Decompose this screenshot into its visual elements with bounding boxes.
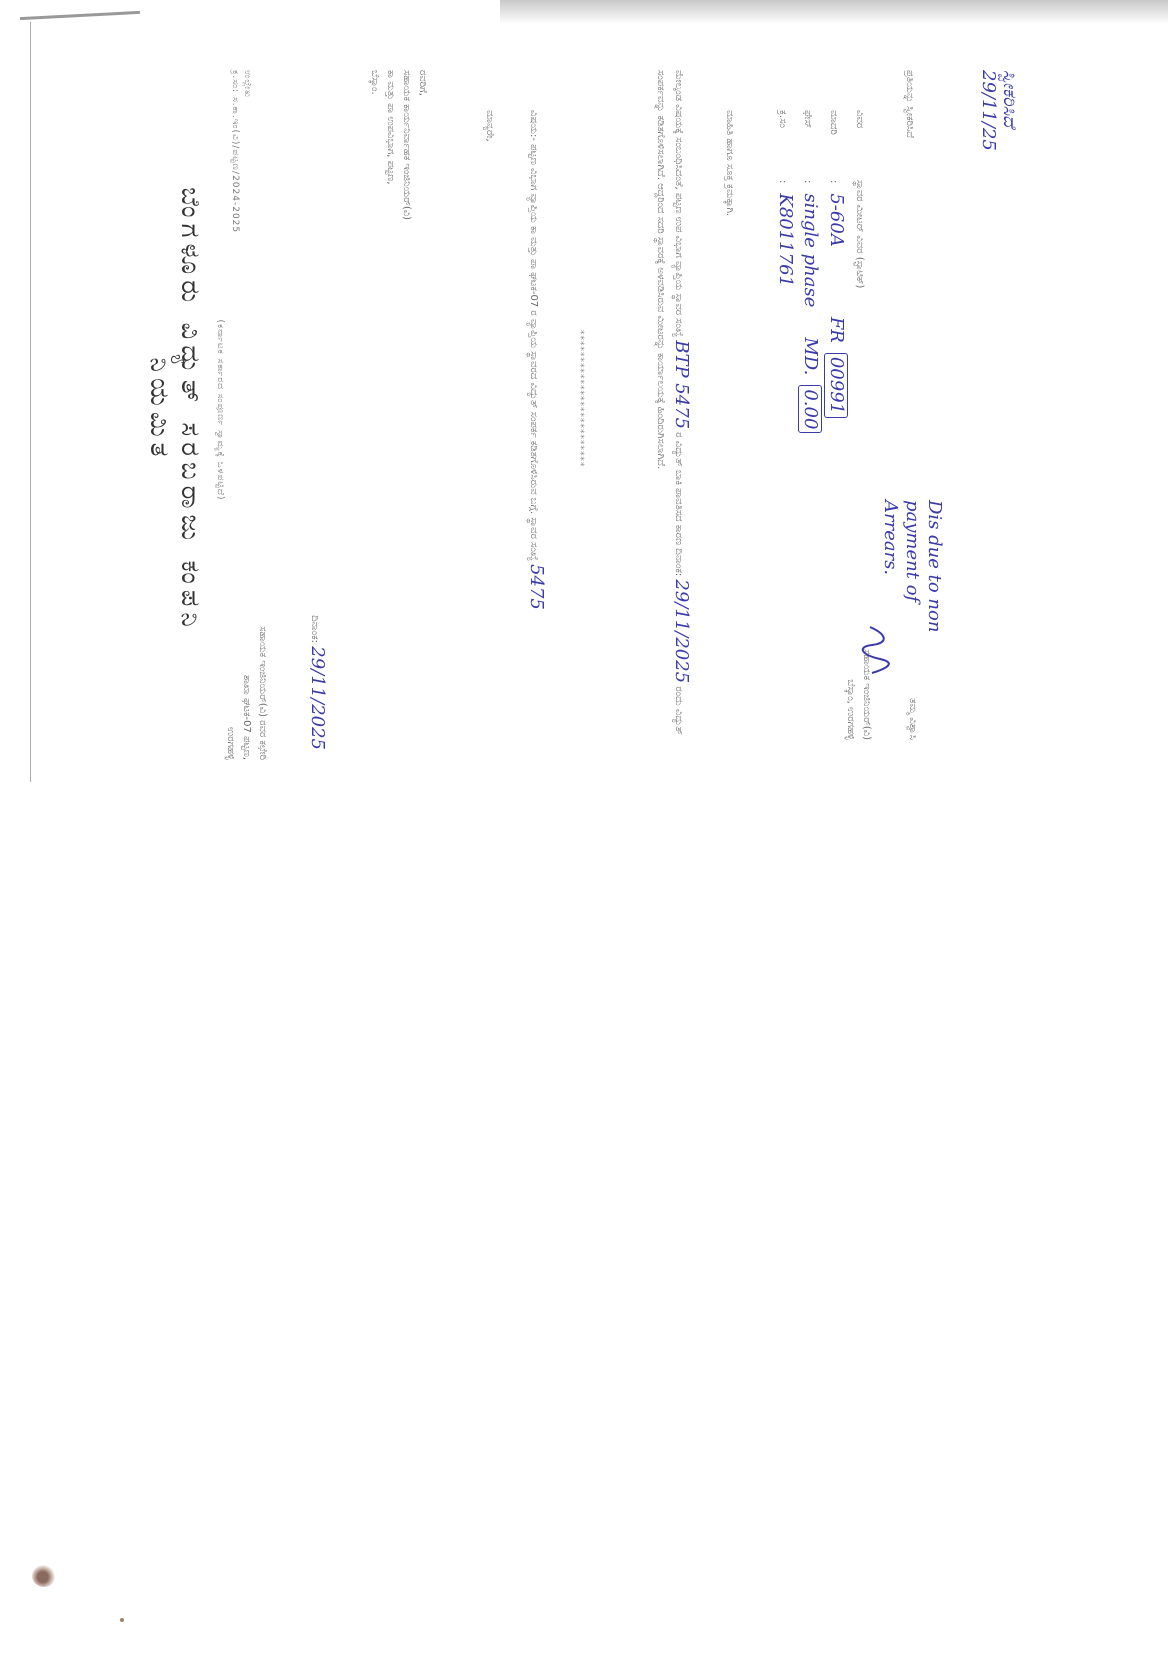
office-line: ಉರಗಹಳ್ಳಿ <box>222 460 238 760</box>
detail-label: ವಿವರ <box>848 110 870 170</box>
date-label: ದಿನಾಂಕ: <box>309 615 320 643</box>
office-line: ಸಹಾಯಕ ಇಂಜಿನಿಯರ್(ವಿ) ರವರ ಕಛೇರಿ <box>254 460 270 760</box>
subject-label: ವಿಷಯ:- <box>528 110 539 141</box>
handwritten-disconnect-date: 29/11/2025 <box>671 579 692 683</box>
detail-label: ಮಾದರಿ <box>822 110 844 170</box>
signature-line: ತಮ್ಮ ವಿಶ್ವಾಸಿ <box>904 649 920 740</box>
max-demand: 0.00 <box>798 385 822 433</box>
body-text: ರ ವಿದ್ಯುತ್ ಬಾಕಿ ಪಾವತಿಸದ ಕಾರಣ ದಿನಾಂಕ: <box>673 432 684 576</box>
office-line: ಶಾಖಾ ಘಟಕ-07 ಪಟ್ಟಣ, <box>238 460 254 760</box>
signature-scribble-icon <box>860 625 890 675</box>
meter-rating: 5-60A <box>825 193 847 246</box>
handwritten-received: ಸ್ವೀಕರಿಸಿದೆ <box>999 70 1020 151</box>
detail-label: ಫೇಸ್ <box>796 110 818 170</box>
signature-line: ಬೆಸ್ಕಾಂ, ಉರಗಹಳ್ಳಿ <box>842 649 858 740</box>
to-line: ಬೆಸ್ಕಾಂ. <box>366 70 382 420</box>
detail-row: ಕ್ರ.ಸಂ : K8011761 <box>771 110 796 710</box>
fr-label: FR <box>825 317 847 343</box>
scan-shadow <box>500 0 1168 24</box>
meter-details: ವಿವರ ಸ್ಥಾವರ ಮೀಟರ್ ವಿವರ (ಸ್ಟಾಟಿಕ್) ಮಾದರಿ … <box>771 110 870 710</box>
detail-label: ಕ್ರ.ಸಂ <box>771 110 793 170</box>
to-line: ರವರಿಗೆ, <box>414 70 430 420</box>
handwritten-date: 29/11/2025 <box>307 646 328 750</box>
subject-account-label: ಸ್ಥಾವರ ಸಂಖ್ಯೆ <box>528 517 539 561</box>
detail-value: ಸ್ಥಾವರ ಮೀಟರ್ ವಿವರ (ಸ್ಟಾಟಿಕ್) <box>848 180 870 288</box>
salutation: ಮಾನ್ಯರೇ, <box>484 110 495 142</box>
subject-text: ಪಟ್ಟಣ ವಿಭಾಗ ವ್ಯಾಪ್ತಿಯ ಕಾ ಮತ್ತು ಪಾ ಘಟಕ-07… <box>528 144 539 514</box>
detail-row: ಫೇಸ್ : single phase MD. 0.00 <box>796 110 822 710</box>
scan-dot <box>120 1618 124 1622</box>
reference-number: ಕ್ರ.ಸಂ: ಸ.ಕಾ.ಇಂ(ವಿ)/ಪಟ್ಟಣ/2024-2025 <box>230 70 240 233</box>
meter-serial: K8011761 <box>774 193 796 287</box>
place-label: ಉಲ್ಲೇಖ <box>242 70 252 98</box>
meter-phase: single phase <box>799 193 821 307</box>
recipient-copy-label: ಪ್ರತಿಯನ್ನು ಸ್ವೀಕರಿಸಿದೆ <box>904 70 915 138</box>
scan-smudge <box>32 1565 56 1587</box>
handwritten-receipt-date: 29/11/25 <box>978 70 999 151</box>
rotated-letter: ಬೆಂಗಳೂರು ವಿದ್ಯುತ್ ಸರಬರಾಜು ಕಂಪನಿ ನಿಯಮಿತ (… <box>160 30 1040 790</box>
letter-date: ದಿನಾಂಕ: 29/11/2025 <box>307 615 328 750</box>
separator: ************************* <box>575 330 585 468</box>
final-reading: 00991 <box>824 353 848 418</box>
md-label: MD. <box>799 337 821 375</box>
handwritten-account: 5475 <box>526 564 547 610</box>
page-border <box>30 22 31 782</box>
org-title: ಬೆಂಗಳೂರು ವಿದ್ಯುತ್ ಸರಬರಾಜು ಕಂಪನಿ ನಿಯಮಿತ <box>143 160 205 660</box>
receipt-signature: ಸ್ವೀಕರಿಸಿದೆ 29/11/25 <box>978 70 1020 151</box>
detail-row: ವಿವರ ಸ್ಥಾವರ ಮೀಟರ್ ವಿವರ (ಸ್ಟಾಟಿಕ್) <box>848 110 870 710</box>
detail-row: ಮಾದರಿ : 5-60A FR 00991 <box>822 110 848 710</box>
body-paragraph: ಮೇಲ್ಕಂಡ ವಿಷಯಕ್ಕೆ ಸಂಬಂಧಿಸಿದಂತೆ, ಪಟ್ಟಣ ಉಪ … <box>651 70 690 770</box>
closing-line: ಮಾಹಿತಿ ಹಾಗೂ ಸೂಕ್ತ ಕ್ರಮಕ್ಕಾಗಿ. <box>724 110 735 216</box>
page-edge <box>20 11 140 20</box>
handwritten-account-number: BTP 5475 <box>671 340 692 429</box>
body-text: ಮೇಲ್ಕಂಡ ವಿಷಯಕ್ಕೆ ಸಂಬಂಧಿಸಿದಂತೆ, ಪಟ್ಟಣ ಉಪ … <box>673 70 684 337</box>
office-address: ಸಹಾಯಕ ಇಂಜಿನಿಯರ್(ವಿ) ರವರ ಕಛೇರಿ ಶಾಖಾ ಘಟಕ-0… <box>222 460 270 760</box>
to-line: ಕಾ ಮತ್ತು ಪಾ ಉಪವಿಭಾಗ, ಪಟ್ಟಣ, <box>382 70 398 420</box>
subject-line: ವಿಷಯ:- ಪಟ್ಟಣ ವಿಭಾಗ ವ್ಯಾಪ್ತಿಯ ಕಾ ಮತ್ತು ಪಾ… <box>524 110 545 750</box>
to-line: ಸಹಾಯಕ ಕಾರ್ಯನಿರ್ವಾಹಕ ಇಂಜಿನಿಯರ್(ವಿ) <box>398 70 414 420</box>
recipient-address: ರವರಿಗೆ, ಸಹಾಯಕ ಕಾರ್ಯನಿರ್ವಾಹಕ ಇಂಜಿನಿಯರ್(ವಿ… <box>366 70 430 420</box>
